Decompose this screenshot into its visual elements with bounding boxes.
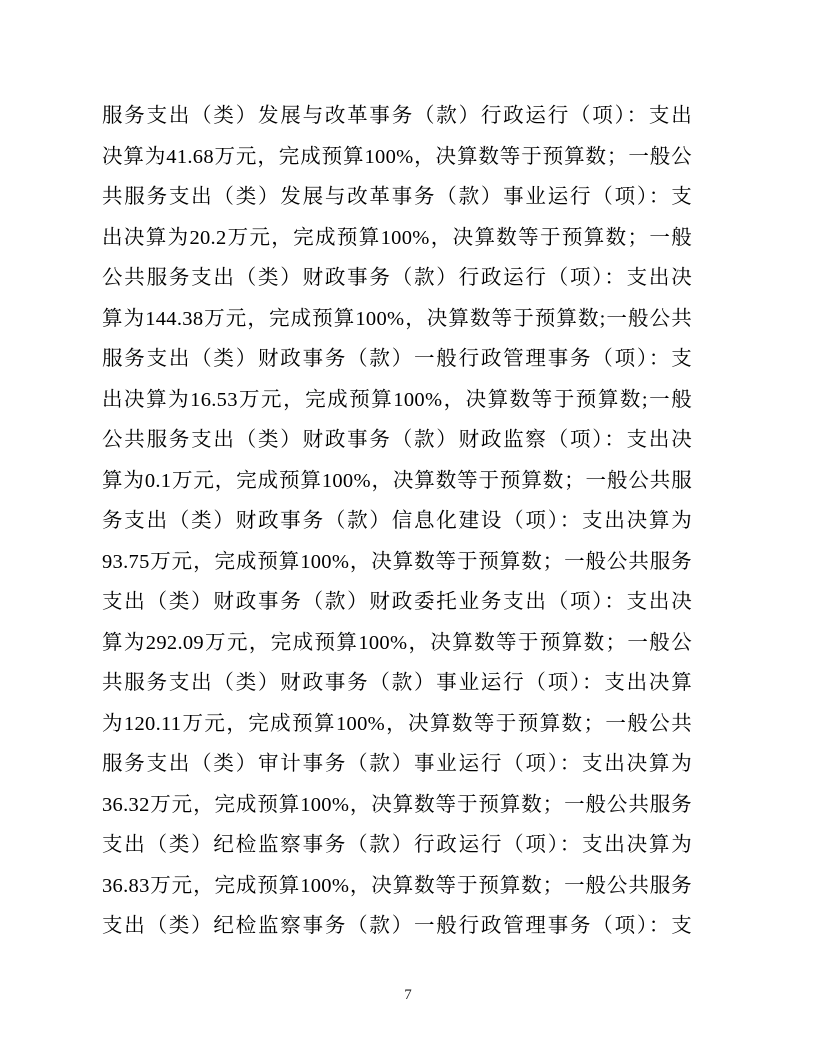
body-text-line: 算为144.38万元，完成预算100%，决算数等于预算数;一般公共: [102, 299, 692, 340]
body-text-line: 支出（类）纪检监察事务（款）行政运行（项）：支出决算为: [102, 825, 692, 866]
body-text-line: 务支出（类）财政事务（款）信息化建设（项）：支出决算为: [102, 501, 692, 542]
body-text-line: 出决算为20.2万元，完成预算100%，决算数等于预算数；一般: [102, 218, 692, 259]
body-text-line: 为120.11万元，完成预算100%，决算数等于预算数；一般公共: [102, 704, 692, 745]
body-text-line: 36.32万元，完成预算100%，决算数等于预算数；一般公共服务: [102, 785, 692, 826]
body-text-line: 出决算为16.53万元，完成预算100%，决算数等于预算数;一般: [102, 380, 692, 421]
body-text-line: 服务支出（类）财政事务（款）一般行政管理事务（项）：支: [102, 339, 692, 380]
body-text-line: 共服务支出（类）发展与改革事务（款）事业运行（项）：支: [102, 177, 692, 218]
body-text-line: 公共服务支出（类）财政事务（款）财政监察（项）：支出决: [102, 420, 692, 461]
page-footer: 7: [0, 986, 816, 1004]
body-text-line: 93.75万元，完成预算100%，决算数等于预算数；一般公共服务: [102, 542, 692, 583]
body-text-line: 服务支出（类）审计事务（款）事业运行（项）：支出决算为: [102, 744, 692, 785]
body-text-line: 共服务支出（类）财政事务（款）事业运行（项）：支出决算: [102, 663, 692, 704]
document-page: 服务支出（类）发展与改革事务（款）行政运行（项）：支出 决算为41.68万元，完…: [0, 0, 816, 1056]
body-text-line: 支出（类）纪检监察事务（款）一般行政管理事务（项）：支: [102, 906, 692, 947]
body-text-line: 算为0.1万元，完成预算100%，决算数等于预算数；一般公共服: [102, 461, 692, 502]
page-number: 7: [404, 987, 412, 1004]
body-text-line: 算为292.09万元，完成预算100%，决算数等于预算数；一般公: [102, 623, 692, 664]
body-text-line: 公共服务支出（类）财政事务（款）行政运行（项）：支出决: [102, 258, 692, 299]
body-text-line: 服务支出（类）发展与改革事务（款）行政运行（项）：支出: [102, 96, 692, 137]
body-text-line: 支出（类）财政事务（款）财政委托业务支出（项）：支出决: [102, 582, 692, 623]
body-text-block: 服务支出（类）发展与改革事务（款）行政运行（项）：支出 决算为41.68万元，完…: [102, 96, 692, 947]
body-text-line: 决算为41.68万元，完成预算100%，决算数等于预算数；一般公: [102, 137, 692, 178]
body-text-line: 36.83万元，完成预算100%，决算数等于预算数；一般公共服务: [102, 866, 692, 907]
